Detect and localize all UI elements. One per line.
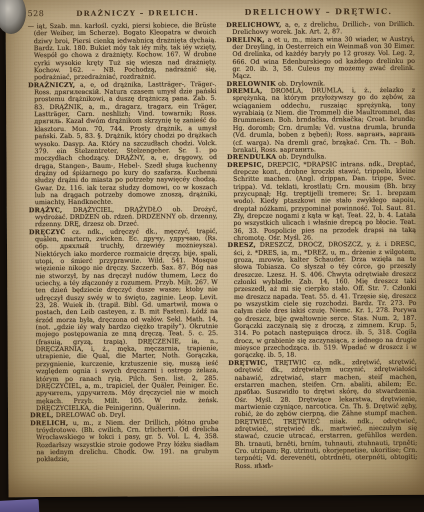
entry-headword: DRELINK, <box>226 36 265 43</box>
running-head-left: DRAŻNICZY – DRELICH. <box>54 8 222 18</box>
entry-body: ob. Dryndulka. <box>276 154 326 161</box>
text-columns: — iąt, Szab. mn. karłośl. cyzki, piersi … <box>6 17 424 472</box>
entry-body: DRESZCZ, DROCZ, DROSZCZ, y, ż. i DRESC, … <box>234 241 417 359</box>
dictionary-entry: DRESZ, DRESZCZ, DROCZ, DROSZCZ, y, ż. i … <box>227 241 416 360</box>
entry-headword: DREPSIC, <box>227 161 264 168</box>
book-edge <box>0 499 39 512</box>
page-number: 528 <box>28 9 54 18</box>
entry-headword: DRĘCZYĆ <box>29 229 66 236</box>
entry-body: a, e, od drążnika, Lastträger-, Träger-.… <box>34 81 217 207</box>
entry-body: — iąt, Szab. mn. karłośl. cyzki, piersi … <box>28 22 217 82</box>
entry-headword: DRĄŻYC, <box>29 207 63 214</box>
dictionary-entry: DREMLA, DROMLA, DRUMLA, i, ż., żelazko z… <box>227 87 416 154</box>
entry-body: ob. Drylownik. <box>276 80 325 87</box>
column-left: — iąt, Szab. mn. karłośl. cyzki, piersi … <box>28 22 219 471</box>
running-head-right: DRELICHOWY – DRĘTWIC. <box>222 7 416 17</box>
entry-headword: DRENDULKA <box>227 154 276 161</box>
entry-body: DRĄŻYCIEL, DRĄŻYDŁO ob. Drożyć, wydrożać… <box>35 206 218 229</box>
entry-headword: DRELICH, <box>30 419 68 426</box>
dictionary-entry: DRĘCZYĆ cz. ndk., udręczyć dk., męczyć, … <box>29 228 219 413</box>
entry-body: DREPCIC, *DRAPSIC intrans. ndk., Dreptać… <box>233 160 416 242</box>
entry-headword: DRĘTWIC, <box>228 360 268 367</box>
scanned-page: 528 DRAŻNICZY – DRELICH. DRELICHOWY – DR… <box>5 0 424 497</box>
entry-headword: DRESZ, <box>227 242 255 249</box>
entry-headword: DRAŻNICZY, <box>28 82 75 89</box>
scan-background: { "colors":{"paper":"#cab795","ink":"#34… <box>0 0 424 512</box>
dictionary-entry: DRAŻNICZY, a, e, od drążnika, Lastträger… <box>28 81 217 207</box>
dictionary-entry: DRĄŻYC, DRĄŻYCIEL, DRĄŻYDŁO ob. Drożyć, … <box>29 206 218 229</box>
entry-body: cz. ndk., udręczyć dk., męczyć, trapić, … <box>35 228 219 412</box>
entry-body: DRELOWAĆ ob. Dryl. <box>54 412 126 419</box>
dictionary-entry: DRĘTWIC, TRĘTWIC cz. ndk., zdrętwić, str… <box>228 359 417 470</box>
dictionary-entry: — iąt, Szab. mn. karłośl. cyzki, piersi … <box>28 22 217 82</box>
entry-headword: DRELOWNIK <box>226 80 275 87</box>
entry-body: TRĘTWIC cz. ndk., zdrętwić, strętwić, od… <box>234 359 417 470</box>
entry-headword: DREL, <box>30 412 54 419</box>
dictionary-entry: DRELINK, a et u, m., miara wina 30 wiade… <box>226 35 415 80</box>
column-right: DRELICHOWY, a, e, z drelichu, Drillich-,… <box>226 21 417 470</box>
entry-body: DROMLA, DRUMLA, i, ż., żelazko z sprężyn… <box>233 87 416 154</box>
dictionary-entry: DREPSIC, DREPCIC, *DRAPSIC intrans. ndk.… <box>227 160 416 242</box>
dictionary-entry: DRELICH, u, m., z Niem. der Drillich, pł… <box>30 419 219 464</box>
dictionary-entry: DRELICHOWY, a, e, z drelichu, Drillich-,… <box>226 21 415 37</box>
